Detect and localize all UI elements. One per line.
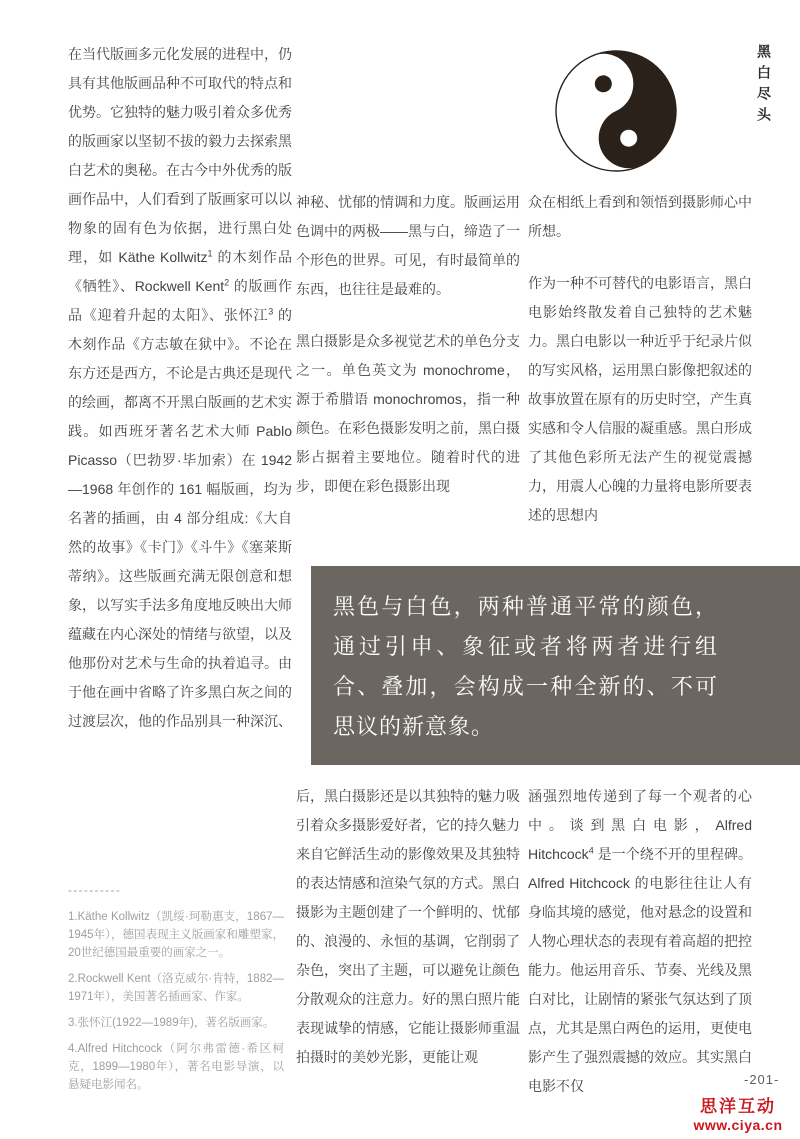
column-3-lower-text: 涵强烈地传递到了每一个观者的心中。谈到黑白电影，Alfred Hitchcock… (528, 782, 752, 1101)
paragraph: 2.Rockwell Kent（洛克威尔·肯特，1882—1971年），美国著名… (68, 970, 284, 1006)
column-3-upper-text: 众在相纸上看到和领悟到摄影师心中所想。作为一种不可替代的电影语言，黑白电影始终散… (528, 188, 752, 530)
paragraph: 涵强烈地传递到了每一个观者的心中。谈到黑白电影，Alfred Hitchcock… (528, 782, 752, 1101)
column-2-lower-text: 后，黑白摄影还是以其独特的魅力吸引着众多摄影爱好者，它的持久魅力来自它鲜活生动的… (296, 782, 520, 1072)
pull-quote: 黑色与白色，两种普通平常的颜色，通过引申、象征或者将两者进行组合、叠加，会构成一… (311, 566, 800, 765)
footnote-list: 1.Käthe Kollwitz（凯绥·珂勒惠支，1867—1945年），德国表… (68, 908, 284, 1094)
watermark: 思洋互动 www.ciya.cn (686, 1097, 790, 1133)
paragraph: 在当代版画多元化发展的进程中，仍具有其他版画品种不可取代的特点和优势。它独特的魅… (68, 40, 292, 736)
watermark-brand: 思洋互动 (686, 1097, 790, 1117)
vertical-running-title: 黑白尽头 (752, 44, 772, 128)
footnote-ref: 1 (207, 248, 212, 258)
footnote-divider: ---------- (68, 882, 284, 900)
paragraph: 1.Käthe Kollwitz（凯绥·珂勒惠支，1867—1945年），德国表… (68, 908, 284, 962)
footnote-ref: 4 (589, 845, 594, 855)
magazine-page: 黑白尽头 在当代版画多元化发展的进程中，仍具有其他版画品种不可取代的特点和优势。… (0, 0, 800, 1139)
paragraph: 众在相纸上看到和领悟到摄影师心中所想。 (528, 188, 752, 246)
watermark-url: www.ciya.cn (686, 1117, 790, 1133)
footnote-ref: 2 (224, 277, 229, 287)
page-number: -201- (744, 1072, 779, 1087)
paragraph: 4.Alfred Hitchcock（阿尔弗雷德·希区柯克，1899—1980年… (68, 1040, 284, 1094)
paragraph: 黑白摄影是众多视觉艺术的单色分支之一。单色英文为 monochrome，源于希腊… (296, 327, 520, 501)
paragraph: 3.张怀江(1922—1989年)，著名版画家。 (68, 1014, 284, 1032)
footnotes: ---------- 1.Käthe Kollwitz（凯绥·珂勒惠支，1867… (68, 882, 284, 1102)
footnote-ref: 3 (268, 306, 273, 316)
column-1-text: 在当代版画多元化发展的进程中，仍具有其他版画品种不可取代的特点和优势。它独特的魅… (68, 40, 292, 736)
paragraph: 后，黑白摄影还是以其独特的魅力吸引着众多摄影爱好者，它的持久魅力来自它鲜活生动的… (296, 782, 520, 1072)
paragraph: 神秘、忧郁的情调和力度。版画运用色调中的两极——黑与白，缔造了一个形色的世界。可… (296, 188, 520, 304)
yin-yang-icon (551, 46, 681, 176)
paragraph: 作为一种不可替代的电影语言，黑白电影始终散发着自己独特的艺术魅力。黑白电影以一种… (528, 269, 752, 530)
column-2-upper-text: 神秘、忧郁的情调和力度。版画运用色调中的两极——黑与白，缔造了一个形色的世界。可… (296, 188, 520, 501)
